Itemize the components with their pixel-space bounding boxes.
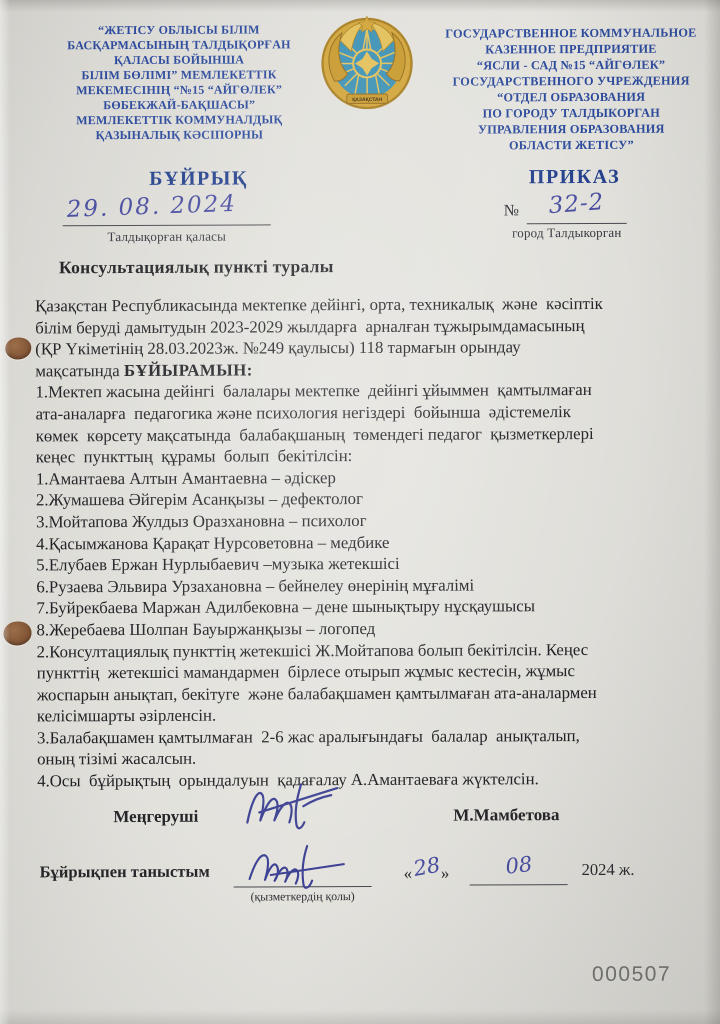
director-signature [239,776,351,834]
appointee-line: 8.Жеребаева Шолпан Бауыржанқызы – логопе… [36,616,698,640]
handwritten-date: 29. 08. 2024 [62,191,237,223]
appointee-line: 2.Жумашева Әйгерім Асанқызы – дефектолог [36,487,698,511]
handwritten-order-number: 32-2 [548,189,605,219]
org-name-kazakh: “ЖЕТІСУ ОБЛЫСЫ БІЛІМ БАСҚАРМАСЫНЫҢ ТАЛДЫ… [48,22,311,143]
appointee-line: 4.Қасымжанова Қарақат Нурсоветовна – мед… [36,530,698,554]
order-subject: Консультациялық пункті туралы [59,256,334,278]
date-day-group: «28» [404,860,450,884]
item-3-paragraph: 3.Балабақшамен қамтылмаған 2-6 жас аралы… [37,724,699,770]
scan-shadow-bottom [0,1010,720,1024]
order-title-russian: ПРИКАЗ [494,166,654,190]
scan-shadow-top [0,0,720,12]
document-content: “ЖЕТІСУ ОБЛЫСЫ БІЛІМ БАСҚАРМАСЫНЫҢ ТАЛДЫ… [0,0,720,1024]
order-body: Қазақстан Республикасында мектепке дейін… [35,293,699,793]
appointee-line: 5.Елубаев Ержан Нурлыбаевич –музыка жете… [36,552,698,576]
scan-shadow-right [704,0,720,1024]
signatory-name: М.Мамбетова [453,805,559,825]
handwritten-month: 08 [504,852,533,879]
employee-signature-line [234,856,372,888]
order-number-label: № [504,202,519,220]
order-date-line: 29. 08. 2024 [63,196,271,226]
item-2-paragraph: 2.Консултациялық пункттің жетекшісі Ж.Мо… [37,638,699,727]
item-1-paragraph: 1.Мектеп жасына дейінгі балалары мектепк… [35,379,697,468]
scanned-order-document: “ЖЕТІСУ ОБЛЫСЫ БІЛІМ БАСҚАРМАСЫНЫҢ ТАЛДЫ… [0,0,720,1024]
appointee-line: 3.Мойтапова Жулдыз Оразхановна – психоло… [36,508,698,532]
order-place-russian: город Талдыкорган [502,225,632,242]
signatory-role: Меңгеруші [113,807,198,827]
acknowledgment-label: Бұйрықпен таныстым [40,862,210,883]
opening-directive: БҰЙЫРАМЫН: [124,360,253,380]
appointee-line: 7.Буйрекбаева Маржан Адилбековна – дене … [36,595,698,619]
employee-signature [241,840,357,891]
handwritten-day: 28 [411,853,442,881]
appointee-line: 1.Амантаева Алтын Амантаевна – әдіскер [36,465,698,489]
org-name-russian: ГОСУДАРСТВЕННОЕ КОММУНАЛЬНОЕ КАЗЕННОЕ ПР… [432,24,711,153]
kazakhstan-emblem-icon: ҚАЗАҚСТАН [316,12,418,115]
opening-paragraph: Қазақстан Республикасында мектепке дейін… [35,293,697,382]
month-line: 08 [469,855,567,885]
opening-text: Қазақстан Республикасында мектепке дейін… [35,294,603,380]
order-title-kazakh: БҰЙРЫҚ [113,167,283,191]
open-quote: « [404,864,413,883]
item-4-paragraph: 4.Осы бұйрықтың орындалуын қадағалау А.А… [37,768,699,792]
order-place-kazakh: Талдықорған қаласы [63,228,271,245]
year-label: 2024 ж. [582,860,635,880]
scan-highlight-left [0,0,10,1024]
order-number-line: 32-2 [527,195,627,224]
emblem-banner-text: ҚАЗАҚСТАН [352,97,382,103]
signature-caption: (қызметкердің қолы) [228,889,378,905]
form-serial-number: 000507 [592,963,671,987]
appointee-line: 6.Рузаева Эльвира Урзахановна – бейнелеу… [36,573,698,597]
